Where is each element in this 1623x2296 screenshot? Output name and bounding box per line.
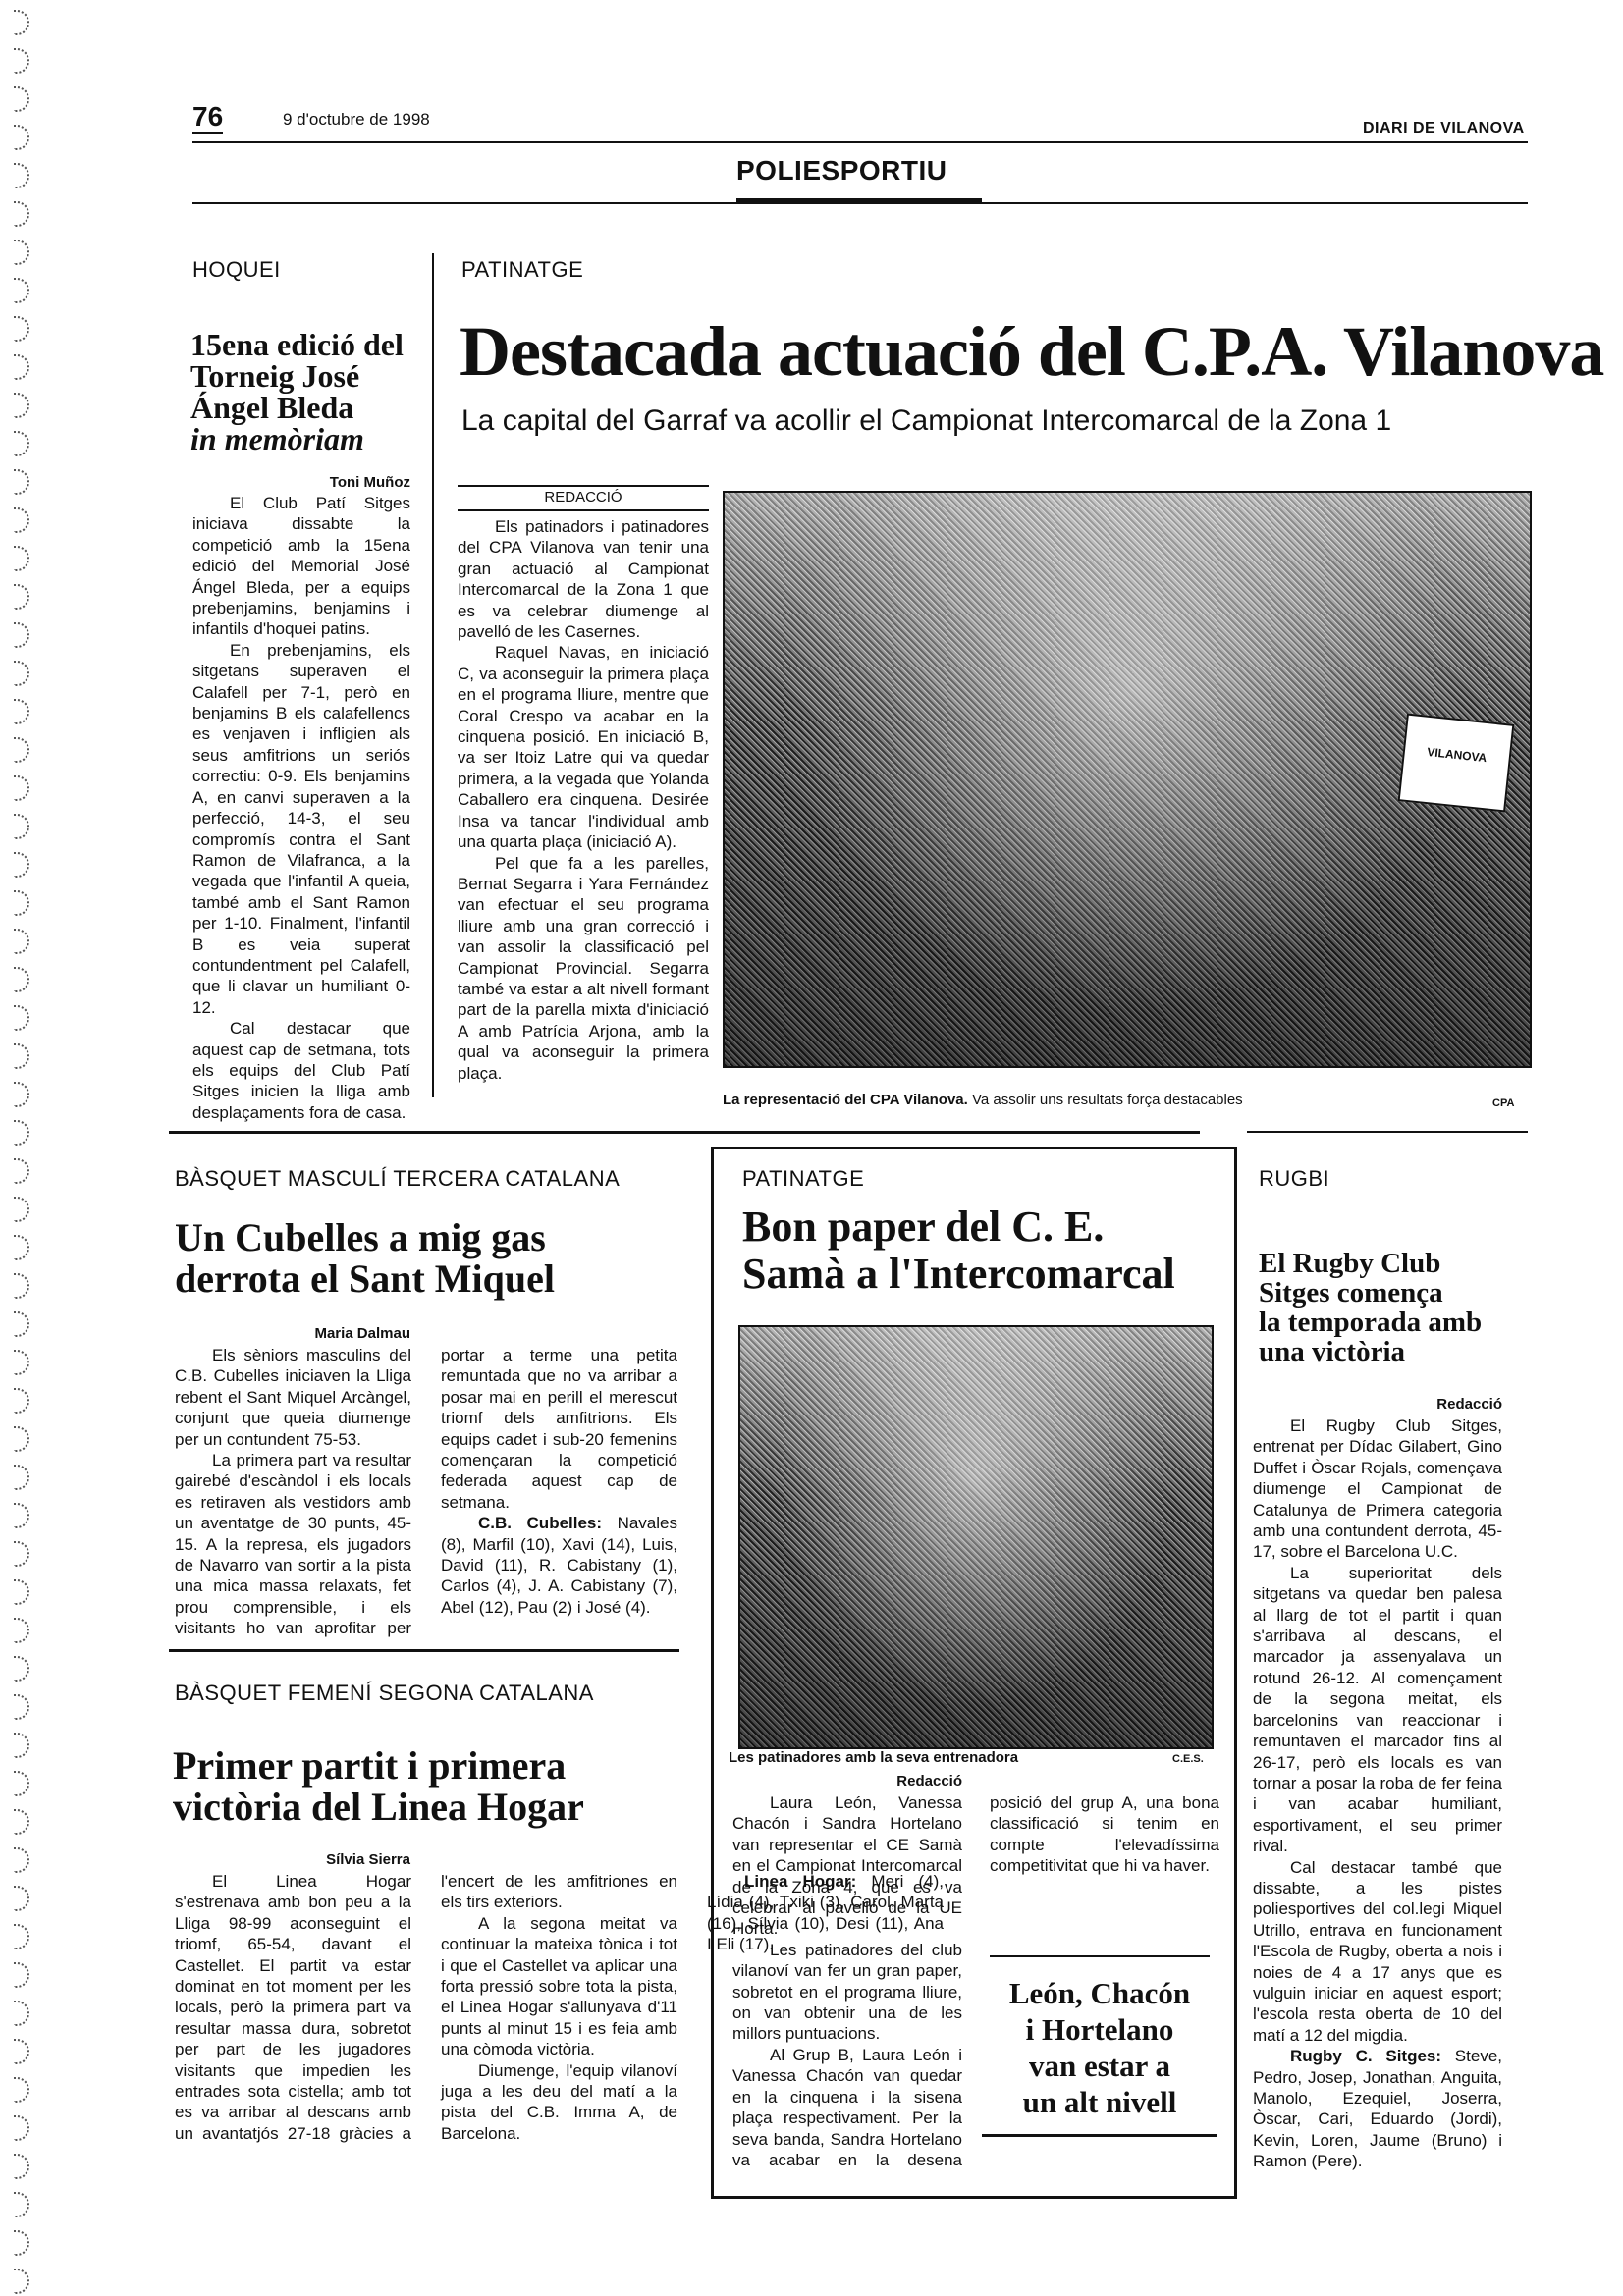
binder-hole-icon	[14, 1197, 29, 1222]
headline-line: El Rugby Club	[1259, 1249, 1482, 1278]
binder-hole-icon	[14, 2077, 29, 2103]
binder-hole-icon	[14, 1886, 29, 1911]
headline-line: 15ena edició del	[190, 329, 426, 360]
binder-hole-icon	[14, 737, 29, 763]
photo-credit-cpa: CPA	[1492, 1097, 1514, 1109]
headline-cpa: Destacada actuació del C.P.A. Vilanova	[460, 316, 1603, 387]
roster-label: C.B. Cubelles:	[478, 1514, 602, 1532]
binder-hole-icon	[14, 1503, 29, 1528]
binder-hole-icon	[14, 929, 29, 954]
binder-hole-icon	[14, 469, 29, 495]
pullquote-line: León, Chacón	[982, 1975, 1217, 2011]
byline-rugbi: Redacció	[1253, 1396, 1502, 1413]
paragraph: Les patinadores del club vilanoví van fe…	[732, 1940, 962, 2045]
pullquote-line: i Hortelano	[982, 2011, 1217, 2048]
pullquote-box: León, Chacón i Hortelano van estar a un …	[982, 1955, 1217, 2137]
body-hoquei: El Club Patí Sitges iniciava dissabte la…	[192, 493, 410, 1123]
caption-bold: La representació del CPA Vilanova.	[723, 1092, 968, 1108]
binder-hole-icon	[14, 125, 29, 150]
byline-rule-bottom	[458, 509, 709, 511]
header-rule	[192, 141, 1528, 143]
photo-credit-cesama: C.E.S.	[1172, 1753, 1204, 1765]
kicker-rugbi: RUGBI	[1259, 1166, 1329, 1192]
binder-hole-icon	[14, 1158, 29, 1184]
paragraph: Pel que fa a les parelles, Bernat Segarr…	[458, 853, 709, 1084]
binder-hole-icon	[14, 1273, 29, 1299]
section-underline	[736, 198, 982, 203]
body-linea-hogar: El Linea Hogar s'estrenava amb bon peu a…	[175, 1871, 677, 2175]
column-divider	[432, 253, 434, 1097]
paragraph: El Club Patí Sitges iniciava dissabte la…	[192, 493, 410, 640]
binder-hole-icon	[14, 775, 29, 801]
binder-hole-icon	[14, 507, 29, 533]
issue-date: 9 d'octubre de 1998	[283, 110, 430, 130]
byline-cesama: Redacció	[732, 1773, 962, 1789]
headline-rugbi: El Rugby Club Sitges comença la temporad…	[1259, 1249, 1482, 1366]
binder-hole-icon	[14, 48, 29, 74]
binder-hole-icon	[14, 622, 29, 648]
kicker-linea-hogar: BÀSQUET FEMENÍ SEGONA CATALANA	[175, 1681, 594, 1706]
paragraph: A la segona meitat va continuar la matei…	[441, 1913, 677, 2060]
binder-hole-icon	[14, 584, 29, 610]
binder-hole-icon	[14, 1350, 29, 1375]
binder-hole-icon	[14, 2154, 29, 2179]
mid-rule	[169, 1131, 1200, 1134]
binder-hole-icon	[14, 240, 29, 265]
binder-hole-icon	[14, 661, 29, 686]
binder-hole-icon	[14, 1311, 29, 1337]
binder-hole-icon	[14, 354, 29, 380]
headline-line: Sitges comença	[1259, 1278, 1482, 1308]
byline-cubelles: Maria Dalmau	[175, 1325, 410, 1342]
binder-hole-icon	[14, 1618, 29, 1643]
kicker-hoquei: HOQUEI	[192, 257, 281, 283]
kicker-cubelles: BÀSQUET MASCULÍ TERCERA CATALANA	[175, 1166, 620, 1192]
binder-hole-icon	[14, 699, 29, 724]
binder-hole-icon	[14, 1043, 29, 1069]
photo-cpa-team: VILANOVA	[723, 491, 1532, 1068]
headline-line: Samà a l'Intercomarcal	[742, 1251, 1175, 1298]
headline-line: la temporada amb	[1259, 1308, 1482, 1337]
paragraph: Els sèniors masculins del C.B. Cubelles …	[175, 1345, 411, 1450]
headline-line: victòria del Linea Hogar	[173, 1787, 584, 1828]
binder-hole-icon	[14, 201, 29, 227]
newspaper-name: DIARI DE VILANOVA	[1363, 120, 1525, 137]
mid-rule-right	[1247, 1131, 1528, 1133]
headline-line: derrota el Sant Miquel	[175, 1258, 555, 1300]
roster-paragraph: Rugby C. Sitges: Steve, Pedro, Josep, Jo…	[1253, 2046, 1502, 2171]
paragraph: Laura León, Vanessa Chacón i Sandra Hort…	[732, 1792, 962, 1940]
binder-hole-icon	[14, 431, 29, 456]
body-cpa: Els patinadors i patinadores del CPA Vil…	[458, 516, 709, 1084]
caption-cesama: Les patinadores amb la seva entrenadora	[729, 1749, 1018, 1766]
binder-hole-icon	[14, 316, 29, 342]
paragraph: Diumenge, l'equip vilanoví juga a les de…	[441, 2060, 677, 2145]
binder-hole-icon	[14, 2039, 29, 2064]
headline-hoquei: 15ena edició del Torneig José Ángel Bled…	[190, 329, 426, 454]
page-number: 76	[192, 102, 223, 134]
binder-hole-icon	[14, 1388, 29, 1414]
binder-hole-icon	[14, 1656, 29, 1682]
caption-rest: Va assolir uns resultats força destacabl…	[968, 1092, 1243, 1108]
binder-hole-icon	[14, 2269, 29, 2294]
binder-hole-icon	[14, 1579, 29, 1605]
binder-hole-icon	[14, 1733, 29, 1758]
headline-line: una victòria	[1259, 1337, 1482, 1366]
binder-hole-icon	[14, 2001, 29, 2026]
binder-hole-icon	[14, 1771, 29, 1796]
headline-linea-hogar: Primer partit i primera victòria del Lin…	[173, 1745, 584, 1828]
photo-cesama-skaters	[738, 1325, 1214, 1749]
binder-hole-icon	[14, 1694, 29, 1720]
binder-hole-icon	[14, 1962, 29, 1988]
headline-cesama: Bon paper del C. E. Samà a l'Intercomarc…	[742, 1203, 1175, 1298]
binder-holes	[0, 0, 39, 2296]
body-rugbi: El Rugby Club Sitges, entrenat per Dídac…	[1253, 1415, 1502, 2172]
pullquote: León, Chacón i Hortelano van estar a un …	[982, 1957, 1217, 2134]
binder-hole-icon	[14, 393, 29, 418]
byline-cpa: REDACCIÓ	[458, 489, 709, 506]
byline-linea-hogar: Sílvia Sierra	[175, 1851, 410, 1868]
divider-rule	[169, 1649, 679, 1652]
roster-paragraph: C.B. Cubelles: Navales (8), Marfil (10),…	[441, 1513, 677, 1618]
binder-hole-icon	[14, 2192, 29, 2217]
headline-line: Ángel Bleda	[190, 392, 426, 423]
body-cubelles: Els sèniors masculins del C.B. Cubelles …	[175, 1345, 677, 1639]
binder-hole-icon	[14, 163, 29, 188]
paragraph: Cal destacar que aquest cap de setmana, …	[192, 1018, 410, 1123]
caption-cpa: La representació del CPA Vilanova. Va as…	[723, 1092, 1243, 1108]
binder-hole-icon	[14, 1426, 29, 1452]
pullquote-line: un alt nivell	[982, 2084, 1217, 2120]
headline-cubelles: Un Cubelles a mig gas derrota el Sant Mi…	[175, 1217, 555, 1300]
paragraph: La superioritat dels sitgetans va quedar…	[1253, 1563, 1502, 1857]
binder-hole-icon	[14, 1541, 29, 1567]
pullquote-rule-bottom	[982, 2134, 1217, 2137]
photo-sign: VILANOVA	[1398, 713, 1515, 812]
binder-hole-icon	[14, 10, 29, 35]
kicker-cesama: PATINATGE	[742, 1166, 864, 1192]
roster-label: Rugby C. Sitges:	[1290, 2047, 1441, 2065]
paragraph: Els patinadors i patinadores del CPA Vil…	[458, 516, 709, 642]
headline-line: Bon paper del C. E.	[742, 1203, 1175, 1251]
binder-hole-icon	[14, 1847, 29, 1873]
pullquote-line: van estar a	[982, 2048, 1217, 2084]
binder-hole-icon	[14, 546, 29, 571]
headline-line: Un Cubelles a mig gas	[175, 1217, 555, 1258]
byline-rule-top	[458, 485, 709, 487]
binder-hole-icon	[14, 967, 29, 992]
section-title: POLIESPORTIU	[736, 155, 947, 187]
binder-hole-icon	[14, 2230, 29, 2256]
binder-hole-icon	[14, 852, 29, 878]
binder-hole-icon	[14, 1005, 29, 1031]
paragraph: Raquel Navas, en iniciació C, va aconseg…	[458, 642, 709, 852]
paragraph: El Rugby Club Sitges, entrenat per Dídac…	[1253, 1415, 1502, 1563]
binder-hole-icon	[14, 1235, 29, 1260]
binder-hole-icon	[14, 1465, 29, 1490]
binder-hole-icon	[14, 814, 29, 839]
subheadline-cpa: La capital del Garraf va acollir el Camp…	[461, 404, 1391, 438]
binder-hole-icon	[14, 2115, 29, 2141]
headline-line: Torneig José	[190, 360, 426, 392]
byline-hoquei: Toni Muñoz	[192, 474, 410, 491]
binder-hole-icon	[14, 278, 29, 303]
headline-line: Primer partit i primera	[173, 1745, 584, 1787]
binder-hole-icon	[14, 1082, 29, 1107]
binder-hole-icon	[14, 1924, 29, 1949]
paragraph: Cal destacar també que dissabte, a les p…	[1253, 1857, 1502, 2047]
kicker-cpa: PATINATGE	[461, 257, 583, 283]
headline-italic: in memòriam	[190, 423, 426, 454]
binder-hole-icon	[14, 890, 29, 916]
binder-hole-icon	[14, 86, 29, 112]
paragraph: En prebenjamins, els sitgetans superaven…	[192, 640, 410, 1018]
binder-hole-icon	[14, 1120, 29, 1146]
binder-hole-icon	[14, 1809, 29, 1835]
